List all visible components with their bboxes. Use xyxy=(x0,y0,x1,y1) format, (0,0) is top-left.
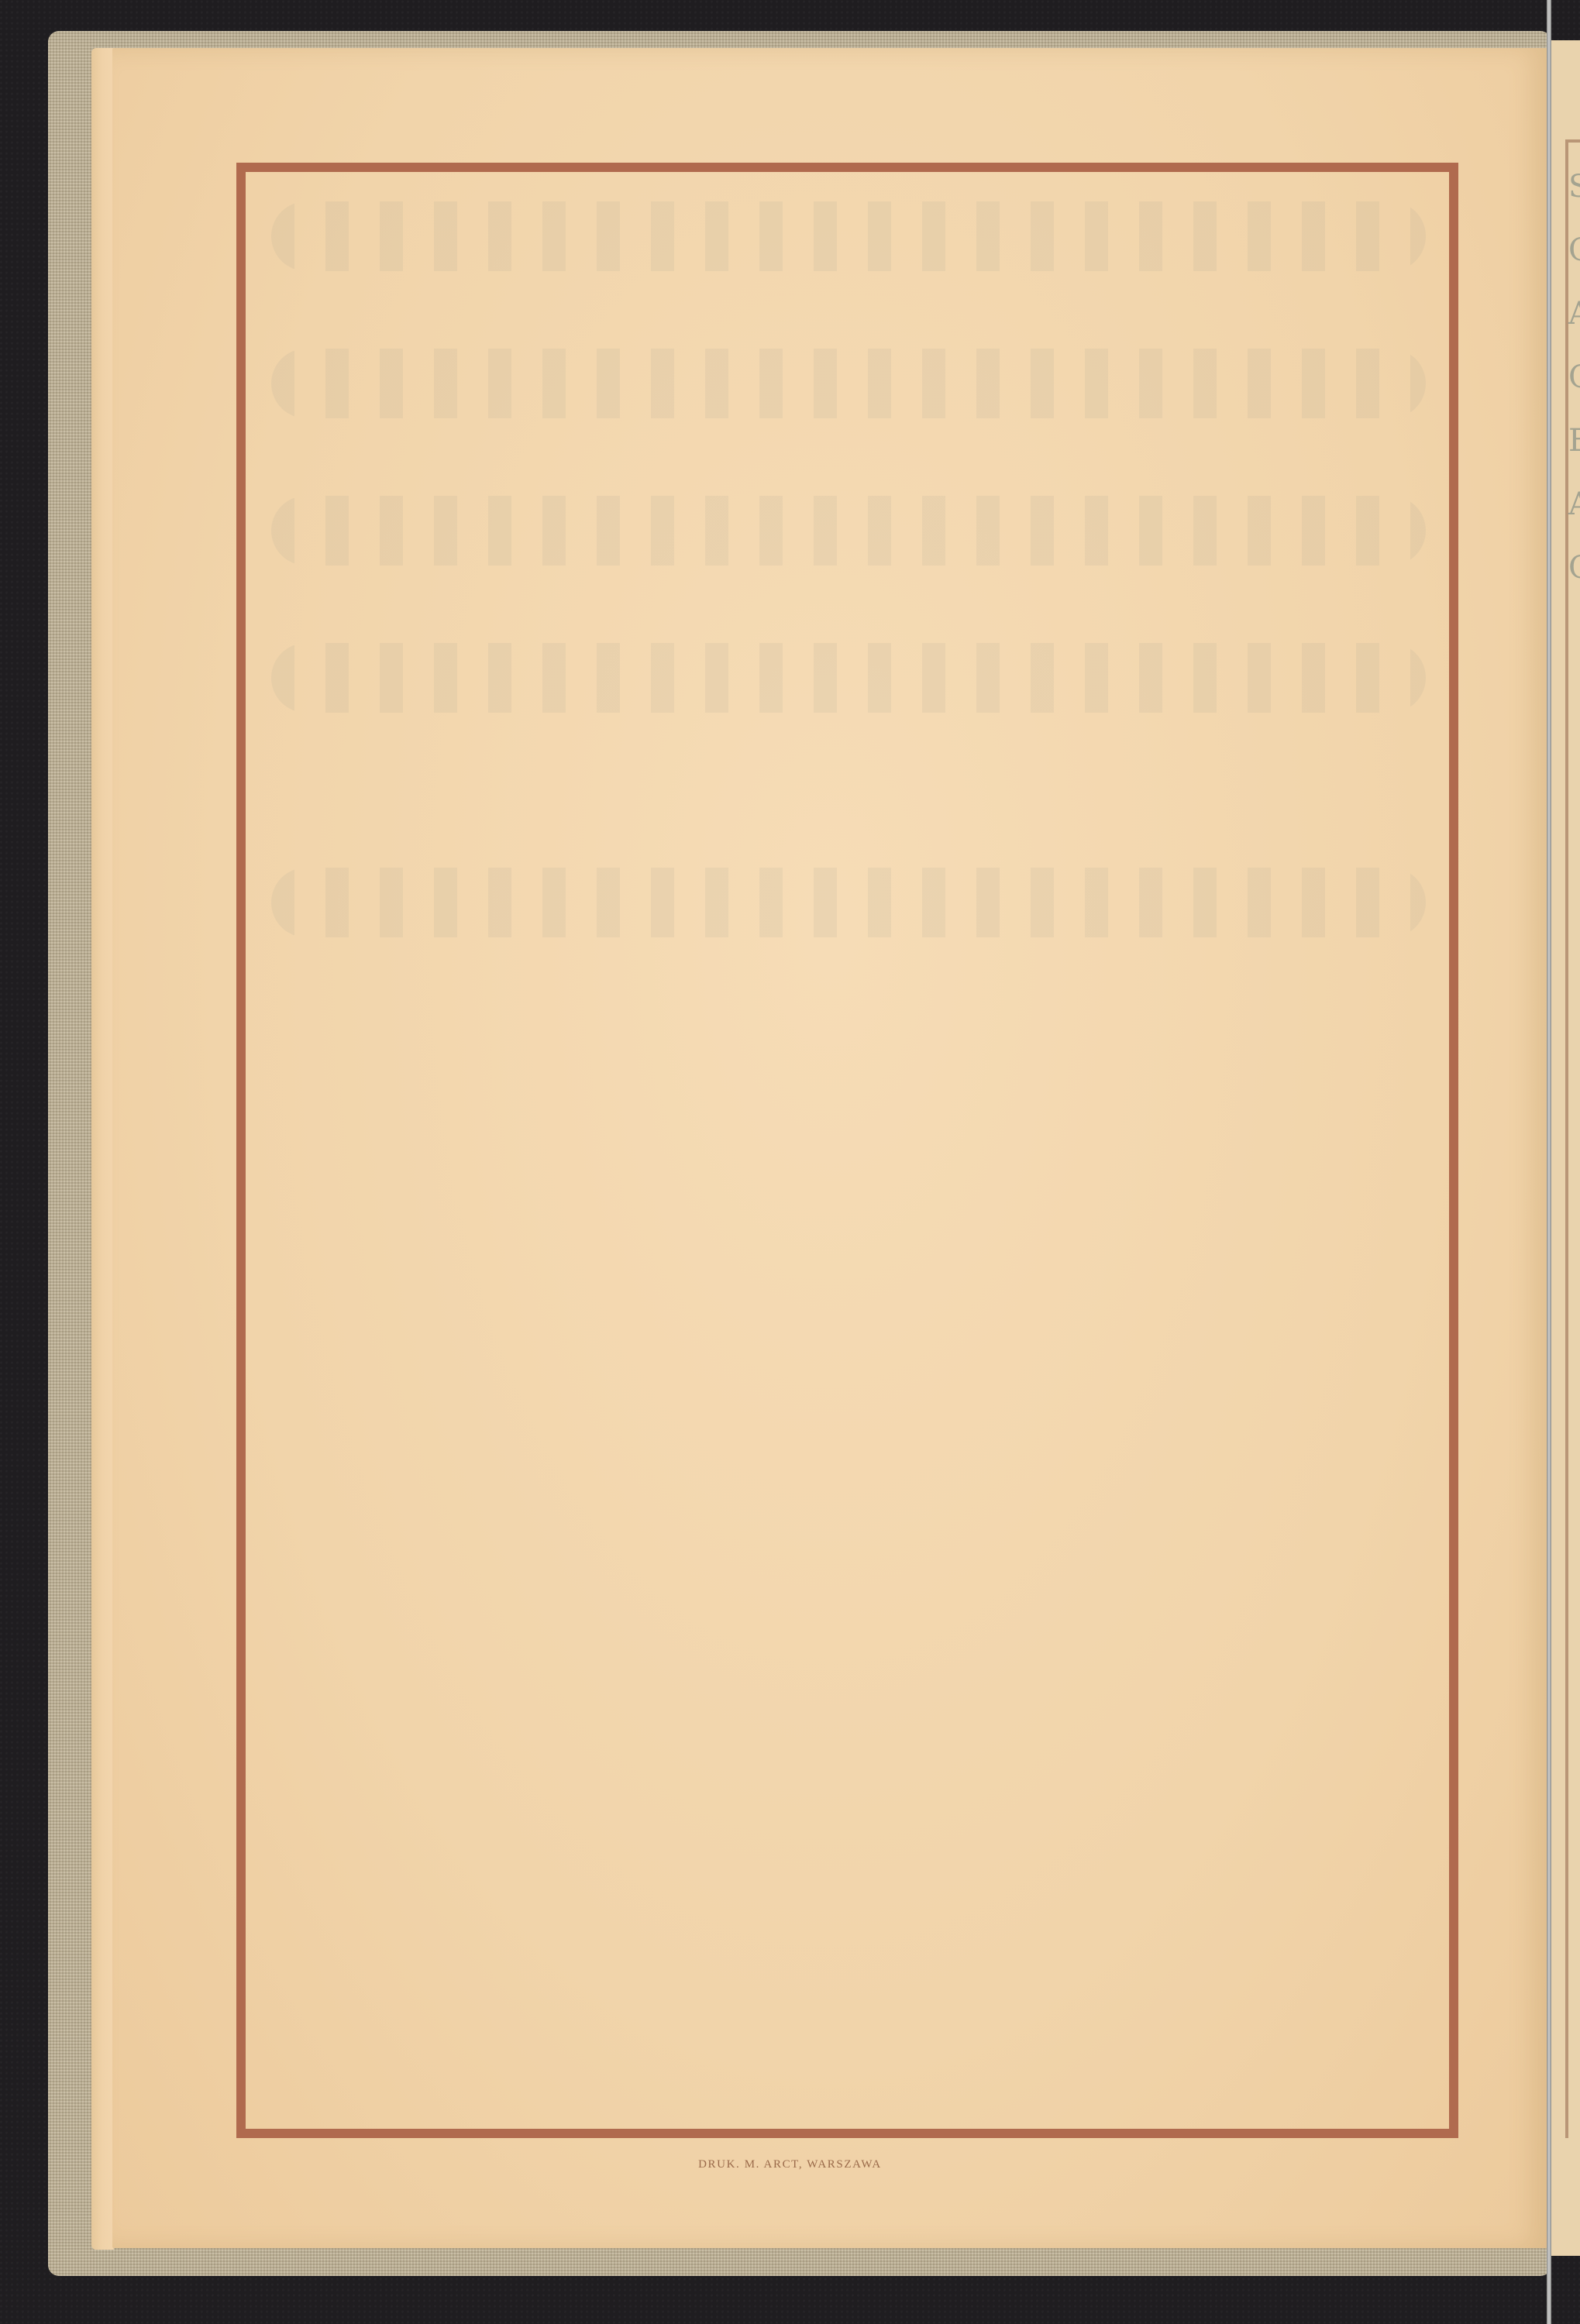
printer-imprint: DRUK. M. ARCT, WARSZAWA xyxy=(0,2158,1580,2171)
decorative-border-frame xyxy=(236,163,1458,2138)
facing-page-letters: S O A C E A C xyxy=(1568,155,1580,600)
